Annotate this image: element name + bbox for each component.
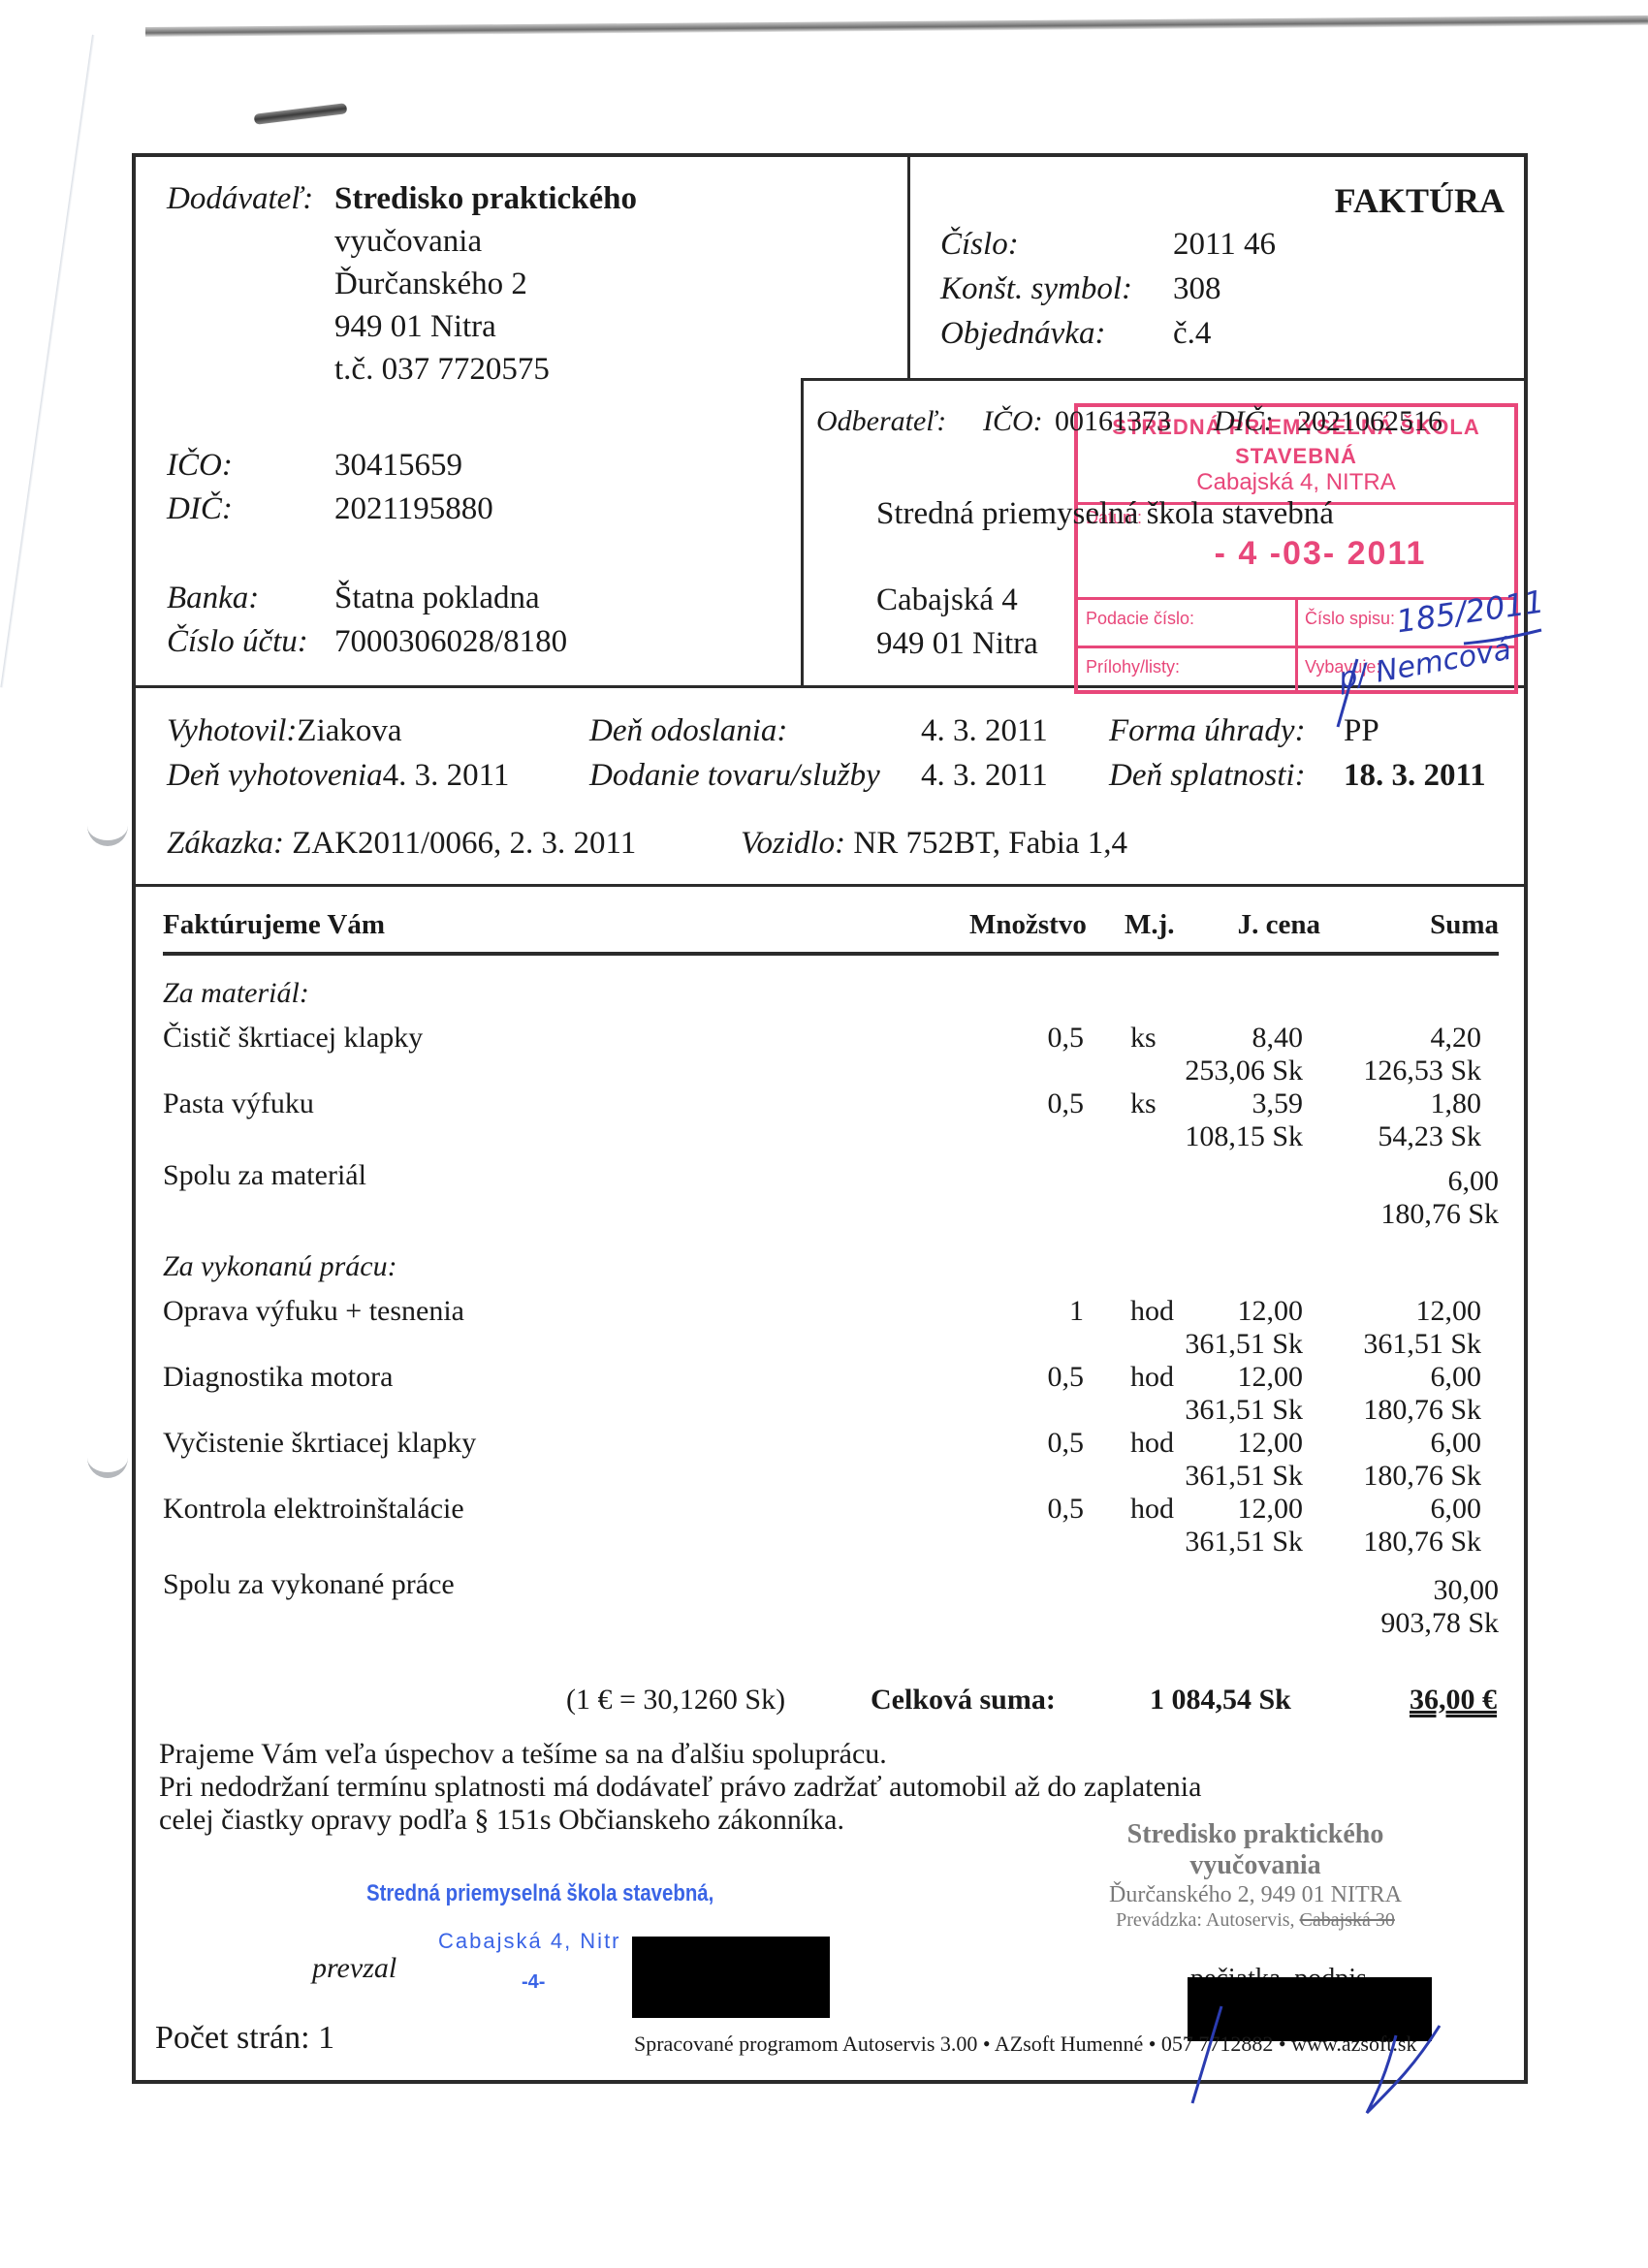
- material-section-label: Za materiál:: [163, 977, 309, 1010]
- supplier-stamp-line4: Prevádzka: Autoservis, Cabajská 30: [1095, 1908, 1415, 1932]
- item-unit: hod: [1130, 1427, 1174, 1460]
- job-label: Zákazka:: [167, 826, 284, 861]
- header-unit-price: J. cena: [1238, 909, 1320, 941]
- received-stamp-line2: STAVEBNÁ: [1078, 444, 1514, 469]
- item-quantity: 0,5: [1048, 1361, 1085, 1394]
- supplier-dic-label: DIČ:: [167, 488, 233, 530]
- scan-edge-top: [145, 16, 1648, 37]
- table-row: Vyčistenie škrtiacej klapky0,5hod12,0036…: [163, 1427, 1481, 1495]
- table-header-rule: [163, 952, 1499, 956]
- customer-dic: 2021062516: [1297, 405, 1442, 438]
- item-quantity: 1: [1069, 1295, 1084, 1328]
- payment-form-label: Forma úhrady:: [1109, 709, 1306, 752]
- signature-ink-icon: [1299, 620, 1590, 737]
- table-row: Oprava výfuku + tesnenia1hod12,00361,51 …: [163, 1295, 1481, 1363]
- table-row: Kontrola elektroinštalácie0,5hod12,00361…: [163, 1493, 1481, 1560]
- customer-city: 949 01 Nitra: [876, 622, 1038, 665]
- header-unit: M.j.: [1125, 909, 1175, 941]
- item-unit-price-sk: 361,51 Sk: [1185, 1526, 1303, 1559]
- labor-subtotal-label: Spolu za vykonané práce: [163, 1568, 455, 1601]
- item-description: Vyčistenie škrtiacej klapky: [163, 1427, 476, 1460]
- item-total: 1,80: [1431, 1087, 1482, 1120]
- supplier-phone: t.č. 037 7720575: [334, 348, 637, 391]
- invoice-number-label: Číslo:: [940, 223, 1019, 266]
- item-unit-price: 3,59: [1252, 1087, 1304, 1120]
- item-unit-price-sk: 361,51 Sk: [1185, 1394, 1303, 1427]
- order-label: Objednávka:: [940, 312, 1105, 355]
- customer-ico: 00161373: [1055, 405, 1171, 438]
- customer-dic-label: DIČ:: [1214, 405, 1274, 438]
- item-quantity: 0,5: [1048, 1493, 1085, 1526]
- issued-by-label: Vyhotovil:: [167, 713, 297, 748]
- supplier-stamp-line3: Ďurčanského 2, 949 01 NITRA: [1095, 1881, 1415, 1908]
- note-line1: Pri nedodržaní termínu splatnosti má dod…: [159, 1771, 1201, 1804]
- total-sk: 1 084,54 Sk: [1150, 1684, 1291, 1717]
- job: Zákazka: ZAK2011/0066, 2. 3. 2011: [167, 822, 636, 865]
- item-unit-price-sk: 361,51 Sk: [1185, 1328, 1303, 1361]
- item-unit: hod: [1130, 1493, 1174, 1526]
- item-total: 6,00: [1431, 1427, 1482, 1460]
- job-value: ZAK2011/0066, 2. 3. 2011: [292, 826, 636, 861]
- issue-date-value: 4. 3. 2011: [383, 758, 510, 793]
- supplier-name-line1: Stredisko praktického: [334, 177, 637, 220]
- item-total: 6,00: [1431, 1361, 1482, 1394]
- supplier-stamp-line1: Stredisko praktického: [1095, 1819, 1415, 1850]
- supplier-bank: Štatna pokladna: [334, 577, 540, 619]
- customer-label: Odberateľ:: [816, 405, 946, 438]
- item-unit-price: 12,00: [1238, 1361, 1304, 1394]
- item-unit-price: 12,00: [1238, 1427, 1304, 1460]
- customer-stamp-line1: Stredná priemyselná škola stavebná,: [366, 1880, 713, 1907]
- supplier-city: 949 01 Nitra: [334, 305, 637, 348]
- item-quantity: 0,5: [1048, 1022, 1085, 1055]
- customer-stamp-line3: -4-: [522, 1971, 545, 1994]
- labor-section-label: Za vykonanú prácu:: [163, 1250, 397, 1283]
- item-total-sk: 180,76 Sk: [1363, 1460, 1481, 1493]
- scan-edge-left: [0, 35, 95, 688]
- supplier-dic: 2021195880: [334, 488, 493, 530]
- supplier-stamp: Stredisko praktického vyučovania Ďurčans…: [1095, 1819, 1415, 1932]
- page-count: Počet strán: 1: [155, 2020, 334, 2057]
- supplier-ico: 30415659: [334, 444, 462, 487]
- received-by-label: prevzal: [312, 1952, 396, 1985]
- note-line2: celej čiastky opravy podľa § 151s Občian…: [159, 1804, 844, 1837]
- payment-form: PP: [1344, 709, 1379, 752]
- vehicle: Vozidlo: NR 752BT, Fabia 1,4: [741, 822, 1127, 865]
- customer-ico-label: IČO:: [983, 405, 1043, 438]
- total-label: Celková suma:: [871, 1684, 1056, 1717]
- supplier-block: Stredisko praktického vyučovania Ďurčans…: [334, 177, 637, 391]
- item-total-sk: 180,76 Sk: [1363, 1526, 1481, 1559]
- header-total: Suma: [1430, 909, 1499, 941]
- item-description: Diagnostika motora: [163, 1361, 393, 1394]
- labor-subtotal-sk: 903,78 Sk: [1380, 1607, 1499, 1640]
- item-total: 4,20: [1431, 1022, 1482, 1055]
- items-table-header: Faktúrujeme Vám Množstvo M.j. J. cena Su…: [163, 909, 1499, 967]
- item-unit-price: 12,00: [1238, 1493, 1304, 1526]
- supplier-name-line2: vyučovania: [334, 220, 637, 263]
- delivery-date-label: Dodanie tovaru/služby: [589, 754, 880, 797]
- item-total: 12,00: [1416, 1295, 1482, 1328]
- delivery-date: 4. 3. 2011: [921, 754, 1048, 797]
- customer-name: Stredná priemyselná škola stavebná: [876, 492, 1334, 535]
- document-title: FAKTÚRA: [1335, 180, 1505, 221]
- issue-date: Deň vyhotovenia4. 3. 2011: [167, 754, 509, 797]
- item-description: Oprava výfuku + tesnenia: [163, 1295, 464, 1328]
- header-divider: [907, 155, 910, 380]
- item-unit: hod: [1130, 1295, 1174, 1328]
- attachments-label: Prílohy/listy:: [1086, 657, 1180, 677]
- supplier-account: 7000306028/8180: [334, 620, 567, 663]
- item-quantity: 0,5: [1048, 1427, 1085, 1460]
- supplier-street: Ďurčanského 2: [334, 263, 637, 305]
- item-total-sk: 54,23 Sk: [1378, 1120, 1481, 1153]
- due-date-label: Deň splatnosti:: [1109, 754, 1306, 797]
- item-unit-price-sk: 108,15 Sk: [1185, 1120, 1303, 1153]
- issued-by: Vyhotovil:Ziakova: [167, 709, 402, 752]
- total-eur: 36,00 €: [1410, 1684, 1497, 1717]
- item-description: Čistič škrtiacej klapky: [163, 1022, 423, 1055]
- greeting: Prajeme Vám veľa úspechov a tešíme sa na…: [159, 1738, 887, 1771]
- sent-date: 4. 3. 2011: [921, 709, 1048, 752]
- signature-stroke-icon: [1163, 1997, 1532, 2123]
- const-symbol-label: Konšt. symbol:: [940, 268, 1132, 310]
- item-unit-price-sk: 253,06 Sk: [1185, 1055, 1303, 1087]
- item-unit: ks: [1130, 1022, 1157, 1055]
- invoice-box-bottom: [801, 378, 1528, 381]
- item-unit-price: 8,40: [1252, 1022, 1304, 1055]
- invoice-number: 2011 46: [1173, 223, 1276, 266]
- items-table-body: Za materiál: Čistič škrtiacej klapky0,5k…: [163, 969, 1499, 1648]
- header-description: Faktúrujeme Vám: [163, 909, 385, 941]
- supplier-bank-label: Banka:: [167, 577, 259, 619]
- supplier-account-label: Číslo účtu:: [167, 620, 308, 663]
- item-description: Pasta výfuku: [163, 1087, 314, 1120]
- details-section-bottom: [134, 884, 1528, 887]
- table-row: Čistič škrtiacej klapky0,5ks8,40253,06 S…: [163, 1022, 1481, 1089]
- supplier-label: Dodávateľ:: [167, 177, 313, 220]
- punch-hole-icon: [87, 819, 128, 846]
- sent-date-label: Deň odoslania:: [589, 709, 787, 752]
- item-description: Kontrola elektroinštalácie: [163, 1493, 464, 1526]
- item-total: 6,00: [1431, 1493, 1482, 1526]
- customer-stamp-line2: Cabajská 4, Nitr: [438, 1929, 621, 1954]
- item-unit: ks: [1130, 1087, 1157, 1120]
- customer-box-left: [801, 378, 804, 688]
- header-quantity: Množstvo: [969, 909, 1087, 941]
- staple-icon: [254, 103, 348, 125]
- material-subtotal: 6,00: [1448, 1165, 1500, 1198]
- material-subtotal-sk: 180,76 Sk: [1380, 1198, 1499, 1231]
- issued-by-value: Ziakova: [297, 713, 401, 748]
- item-unit: hod: [1130, 1361, 1174, 1394]
- supplier-ico-label: IČO:: [167, 444, 233, 487]
- item-unit-price: 12,00: [1238, 1295, 1304, 1328]
- item-unit-price-sk: 361,51 Sk: [1185, 1460, 1303, 1493]
- punch-hole-icon: [87, 1451, 128, 1478]
- vehicle-value: NR 752BT, Fabia 1,4: [853, 826, 1127, 861]
- const-symbol: 308: [1173, 268, 1221, 310]
- item-quantity: 0,5: [1048, 1087, 1085, 1120]
- labor-subtotal: 30,00: [1434, 1574, 1500, 1607]
- supplier-stamp-line2: vyučovania: [1095, 1850, 1415, 1881]
- material-subtotal-label: Spolu za materiál: [163, 1159, 366, 1192]
- item-total-sk: 361,51 Sk: [1363, 1328, 1481, 1361]
- order-number: č.4: [1173, 312, 1211, 355]
- table-row: Diagnostika motora0,5hod12,00361,51 Sk6,…: [163, 1361, 1481, 1429]
- received-stamp-date: - 4 -03- 2011: [1175, 535, 1466, 573]
- customer-street: Cabajská 4: [876, 579, 1018, 621]
- exchange-rate: (1 € = 30,1260 Sk): [566, 1684, 785, 1717]
- item-total-sk: 126,53 Sk: [1363, 1055, 1481, 1087]
- table-row: Pasta výfuku0,5ks3,59108,15 Sk1,8054,23 …: [163, 1087, 1481, 1155]
- filing-number-label: Podacie číslo:: [1086, 609, 1194, 629]
- vehicle-label: Vozidlo:: [741, 826, 845, 861]
- redacted-signature: [632, 1937, 830, 2018]
- item-total-sk: 180,76 Sk: [1363, 1394, 1481, 1427]
- due-date: 18. 3. 2011: [1344, 754, 1486, 797]
- issue-date-label: Deň vyhotovenia: [167, 758, 383, 793]
